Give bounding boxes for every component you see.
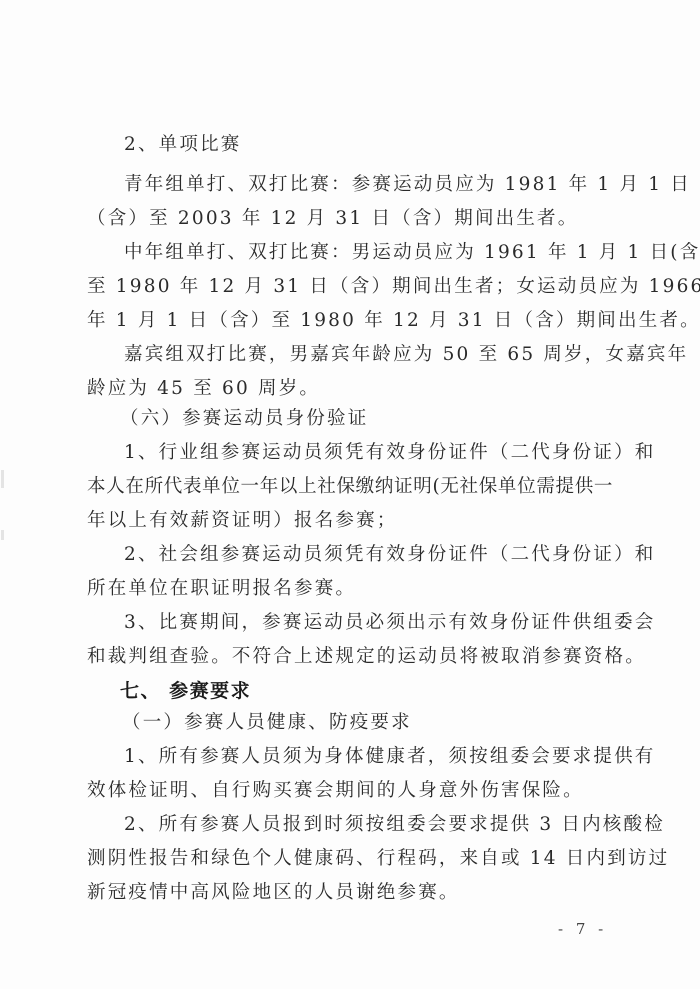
paragraph-middle-age-line-1: 中年组单打、双打比赛：男运动员应为 1961 年 1 月 1 日(含) [124, 236, 613, 270]
paragraph-id-1-line-2: 本人在所代表单位一年以上社保缴纳证明(无社保单位需提供一 [87, 470, 613, 504]
paragraph-youth-line-2: （含）至 2003 年 12 月 31 日（含）期间出生者。 [87, 202, 613, 236]
section-7-1-title: （一）参赛人员健康、防疫要求 [122, 706, 648, 740]
paragraph-guest-line-1: 嘉宾组双打比赛，男嘉宾年龄应为 50 至 65 周岁，女嘉宾年 [124, 338, 613, 372]
scan-artifact [1, 530, 4, 540]
scan-artifact [1, 470, 4, 488]
page-number: - 7 - [558, 920, 607, 938]
section-6-title: （六）参赛运动员身份验证 [120, 402, 646, 436]
paragraph-id-2-line-2: 所在单位在职证明报名参赛。 [87, 572, 613, 606]
paragraph-id-3-line-1: 3、比赛期间，参赛运动员必须出示有效身份证件供组委会 [124, 606, 613, 640]
paragraph-health-2-line-3: 新冠疫情中高风险地区的人员谢绝参赛。 [87, 876, 613, 910]
paragraph-id-2-line-1: 2、社会组参赛运动员须凭有效身份证件（二代身份证）和 [124, 538, 613, 572]
document-page: 2、单项比赛 青年组单打、双打比赛：参赛运动员应为 1981 年 1 月 1 日… [0, 0, 700, 989]
paragraph-middle-age-line-2: 至 1980 年 12 月 31 日（含）期间出生者；女运动员应为 1966 [87, 270, 613, 304]
paragraph-health-1-line-2: 效体检证明、自行购买赛会期间的人身意外伤害保险。 [87, 774, 613, 808]
paragraph-guest-line-2: 龄应为 45 至 60 周岁。 [87, 372, 613, 406]
paragraph-id-3-line-2: 和裁判组查验。不符合上述规定的运动员将被取消参赛资格。 [87, 640, 613, 674]
paragraph-id-1-line-1: 1、行业组参赛运动员须凭有效身份证件（二代身份证）和 [124, 436, 613, 470]
section-7-heading: 七、 参赛要求 [120, 674, 646, 708]
paragraph-health-1-line-1: 1、所有参赛人员须为身体健康者，须按组委会要求提供有 [124, 740, 613, 774]
paragraph-middle-age-line-3: 年 1 月 1 日（含）至 1980 年 12 月 31 日（含）期间出生者。 [87, 304, 613, 338]
paragraph-health-2-line-1: 2、所有参赛人员报到时须按组委会要求提供 3 日内核酸检 [124, 808, 613, 842]
paragraph-id-1-line-3: 年以上有效薪资证明）报名参赛； [87, 504, 613, 538]
paragraph-youth-line-1: 青年组单打、双打比赛：参赛运动员应为 1981 年 1 月 1 日 [124, 168, 613, 202]
paragraph-health-2-line-2: 测阴性报告和绿色个人健康码、行程码，来自或 14 日内到访过 [87, 842, 613, 876]
subsection-title-individual-events: 2、单项比赛 [124, 128, 613, 162]
